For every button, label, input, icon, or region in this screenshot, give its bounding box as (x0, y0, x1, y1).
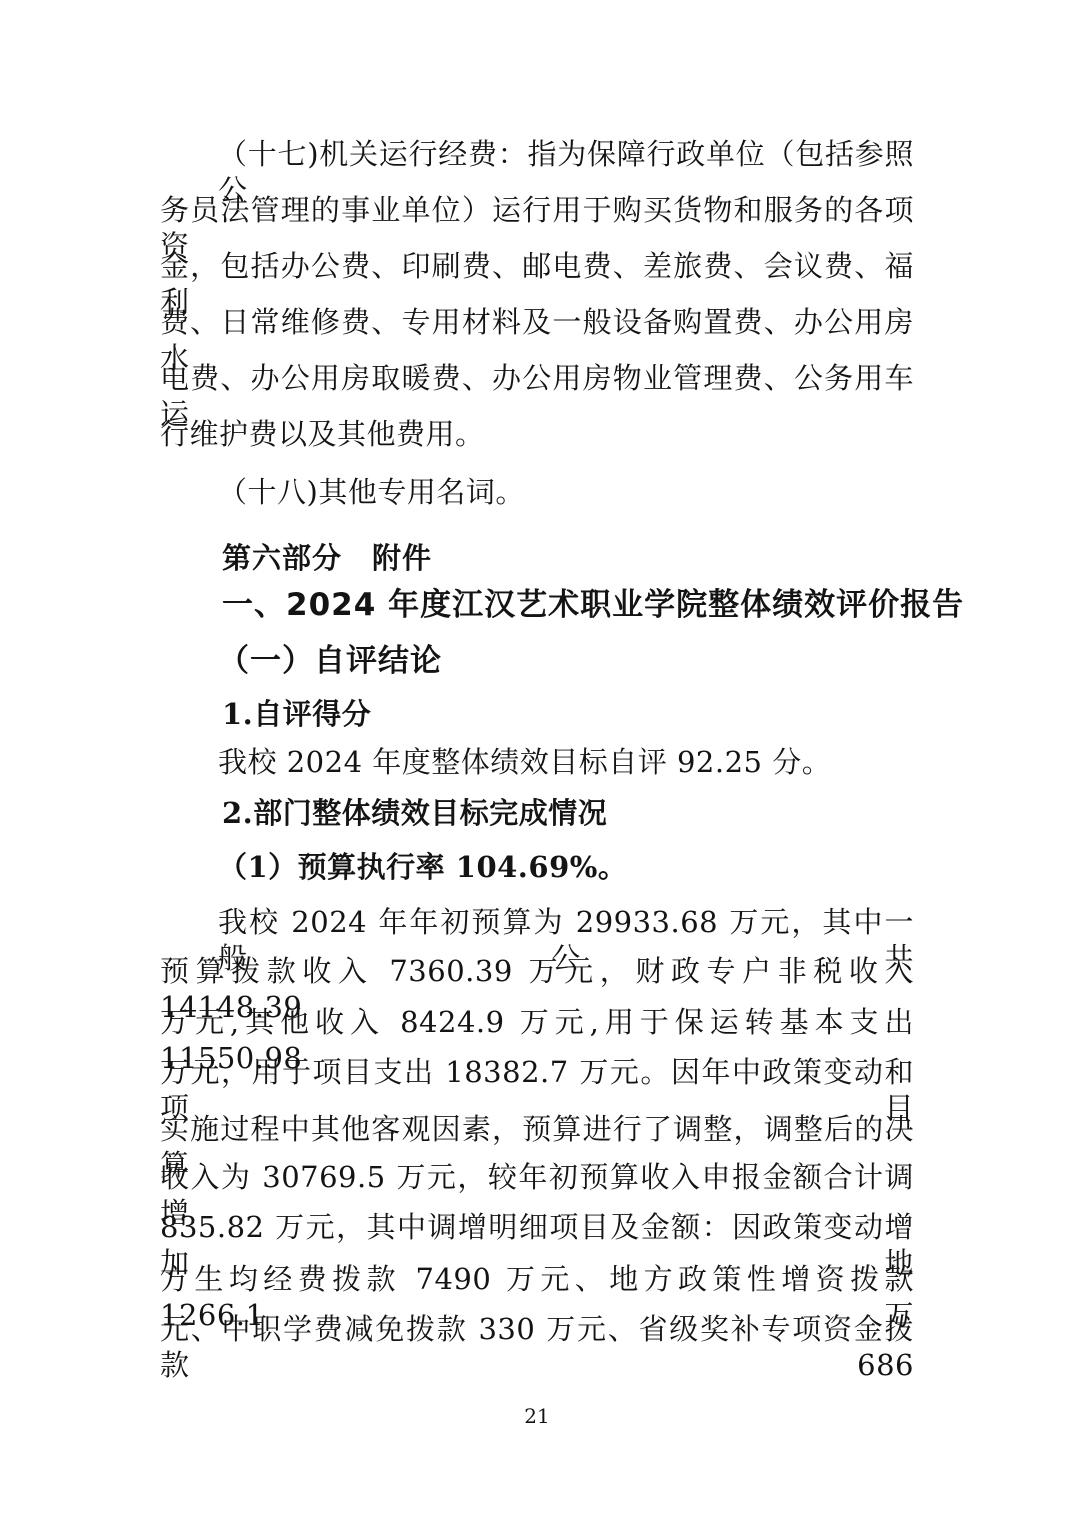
heading-self-eval-conclusion: （一）自评结论 (218, 642, 442, 681)
heading-self-eval-score: 1.自评得分 (222, 696, 371, 732)
document-page: （十七)机关运行经费：指为保障行政单位（包括参照公 务员法管理的事业单位）运行用… (0, 0, 1074, 1520)
heading-part6: 第六部分 附件 (222, 540, 432, 576)
para-17-line-6: 行维护费以及其他费用。 (160, 416, 485, 452)
para-18: （十八)其他专用名词。 (218, 474, 525, 510)
heading-goal-completion: 2.部门整体绩效目标完成情况 (222, 795, 607, 831)
page-number: 21 (0, 1404, 1074, 1428)
para-budget-line-9: 元、中职学费减免拨款 330 万元、省级奖补专项资金拨款 686 (160, 1311, 914, 1384)
heading-report-title: 一、2024 年度江汉艺术职业学院整体绩效评价报告 (222, 586, 964, 625)
text-self-eval-score: 我校 2024 年度整体绩效目标自评 92.25 分。 (218, 744, 831, 780)
heading-budget-execution-rate: （1）预算执行率 104.69%。 (218, 849, 627, 885)
